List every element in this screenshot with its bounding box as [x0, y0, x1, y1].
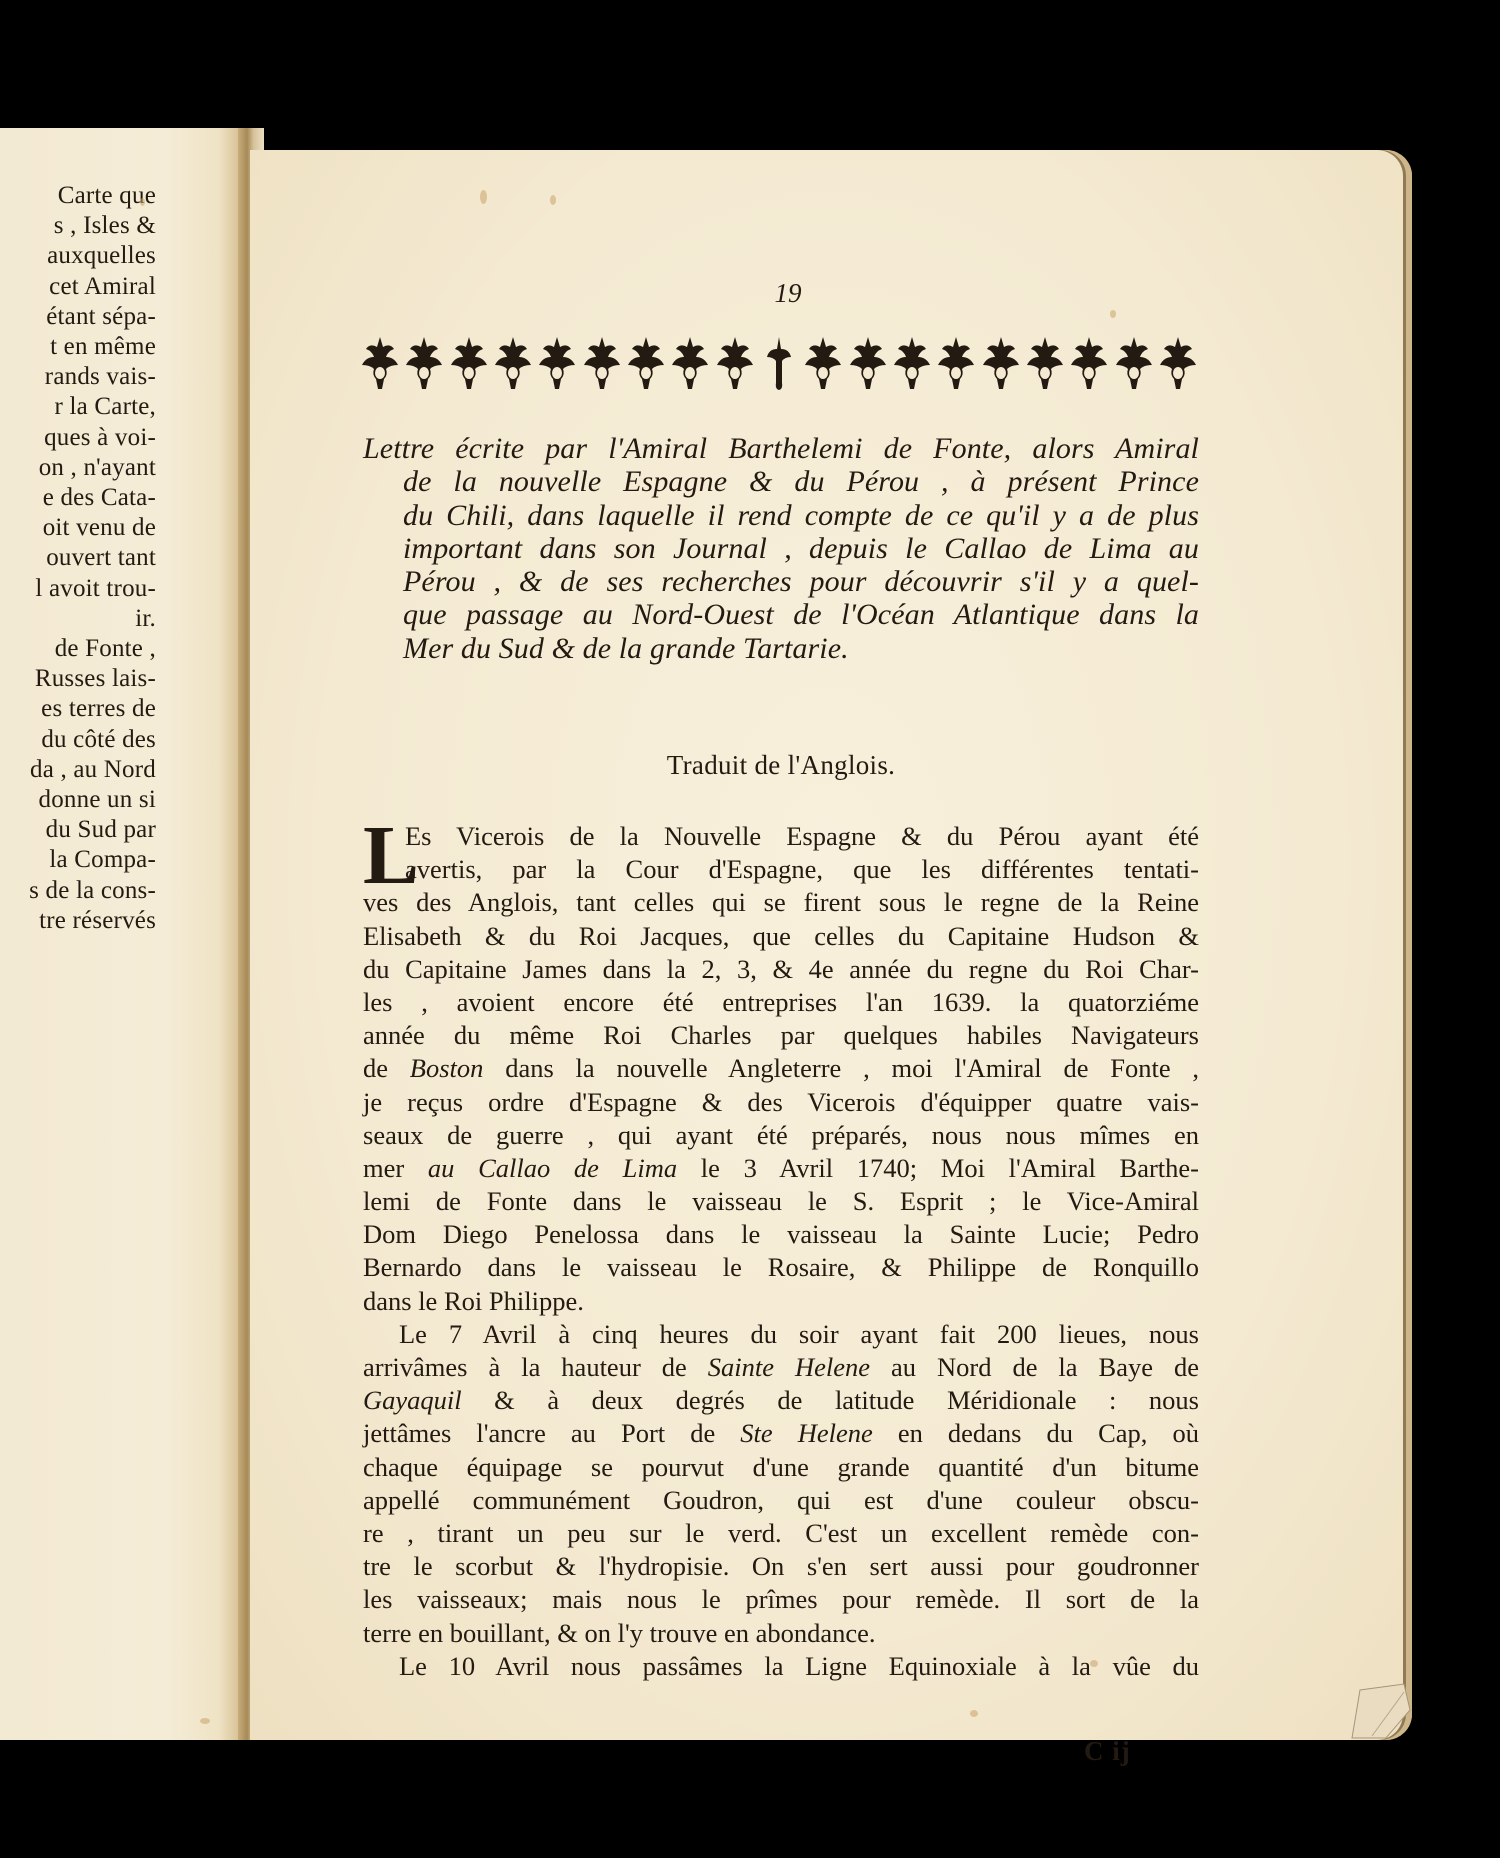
left-line: tre réservés — [39, 907, 156, 934]
body-line: avertis, par la Cour d'Espagne, que les … — [363, 853, 1199, 886]
body-line: appellé communément Goudron, qui est d'u… — [363, 1484, 1199, 1517]
fleuron-icon — [1069, 335, 1109, 396]
italic-place-name: Sainte Helene — [708, 1352, 870, 1382]
left-line: e des Cata- — [43, 484, 156, 511]
body-text-run: au Nord de la Baye de — [870, 1352, 1199, 1382]
foxing-spot — [1110, 310, 1116, 318]
fleuron-icon — [626, 335, 666, 396]
fleuron-icon — [1114, 335, 1154, 396]
left-line: s de la cons- — [29, 877, 156, 904]
letter-title: Lettre écrite par l'Amiral Barthelemi de… — [363, 432, 1199, 665]
body-line: les vaisseaux; mais nous le prîmes pour … — [363, 1583, 1199, 1616]
foxing-spot — [140, 198, 145, 206]
body-text-run: de — [363, 1053, 410, 1083]
center-fleuron-icon — [759, 335, 799, 396]
body-line: ves des Anglois, tant celles qui se fire… — [363, 886, 1199, 919]
title-line: important dans son Journal , depuis le C… — [363, 532, 1199, 565]
left-line: on , n'ayant — [39, 454, 156, 481]
fleuron-icon — [360, 335, 400, 396]
fleuron-icon — [1158, 335, 1198, 396]
body-line: chaque équipage se pourvut d'une grande … — [363, 1451, 1199, 1484]
body-line: terre en bouillant, & on l'y trouve en a… — [363, 1617, 1199, 1650]
left-line: r la Carte, — [55, 393, 156, 420]
fleuron-icon — [493, 335, 533, 396]
left-line: du Sud par — [46, 816, 156, 843]
body-line: Elisabeth & du Roi Jacques, que celles d… — [363, 920, 1199, 953]
title-line: que passage au Nord-Ouest de l'Océan Atl… — [363, 598, 1199, 631]
body-line: dans le Roi Philippe. — [363, 1285, 1199, 1318]
foxing-spot — [970, 1710, 978, 1717]
fleuron-icon — [715, 335, 755, 396]
fleuron-icon — [582, 335, 622, 396]
left-line: l avoit trou- — [35, 575, 156, 602]
body-line: lemi de Fonte dans le vaisseau le S. Esp… — [363, 1185, 1199, 1218]
fleuron-icon — [936, 335, 976, 396]
signature-mark: C ij — [1084, 1736, 1131, 1767]
title-line: Mer du Sud & de la grande Tartarie. — [363, 632, 1199, 665]
body-line: jettâmes l'ancre au Port de Ste Helene e… — [363, 1417, 1199, 1450]
body-text-run: & à deux degrés de latitude Méridionale … — [462, 1385, 1199, 1415]
body-line: Gayaquil & à deux degrés de latitude Mér… — [363, 1384, 1199, 1417]
left-page: Carte que s , Isles & auxquelles cet Ami… — [0, 128, 238, 1740]
body-line: les , avoient encore été entreprises l'a… — [363, 986, 1199, 1019]
left-page-text: Carte que s , Isles & auxquelles cet Ami… — [29, 181, 156, 936]
left-line: da , au Nord — [30, 756, 156, 783]
fleuron-icon — [848, 335, 888, 396]
page-number: 19 — [758, 278, 818, 309]
fleuron-icon — [670, 335, 710, 396]
foxing-spot — [200, 1718, 210, 1724]
letter-body: L Es Vicerois de la Nouvelle Espagne & d… — [363, 820, 1199, 1683]
left-line: t en même — [50, 333, 156, 360]
fleuron-icon — [981, 335, 1021, 396]
left-line: rands vais- — [45, 363, 156, 390]
drop-cap: L — [363, 826, 419, 886]
body-line: je reçus ordre d'Espagne & des Vicerois … — [363, 1086, 1199, 1119]
fleuron-icon — [803, 335, 843, 396]
body-line: Le 7 Avril à cinq heures du soir ayant f… — [363, 1318, 1199, 1351]
right-page: 19 Lettre écrite par l'Amiral Barthelemi… — [250, 150, 1412, 1740]
left-line: ir. — [135, 605, 156, 632]
folded-corner — [1342, 1670, 1412, 1740]
left-line: ques à voi- — [44, 424, 156, 451]
body-text-run: le 3 Avril 1740; Moi l'Amiral Barthe- — [677, 1153, 1199, 1183]
body-text-run: en dedans du Cap, où — [873, 1418, 1199, 1448]
body-text-run: mer — [363, 1153, 428, 1183]
body-text-run: dans la nouvelle Angleterre , moi l'Amir… — [483, 1053, 1199, 1083]
body-line: Bernardo dans le vaisseau le Rosaire, & … — [363, 1251, 1199, 1284]
italic-place-name: Gayaquil — [363, 1385, 462, 1415]
body-line: tre le scorbut & l'hydropisie. On s'en s… — [363, 1550, 1199, 1583]
italic-place-name: Boston — [410, 1053, 484, 1083]
left-line: oit venu de — [43, 514, 156, 541]
italic-place-name: au Callao de Lima — [428, 1153, 677, 1183]
left-line: du côté des — [41, 726, 156, 753]
left-line: donne un si — [39, 786, 156, 813]
left-line: de Fonte , — [55, 635, 156, 662]
body-line: Le 10 Avril nous passâmes la Ligne Equin… — [363, 1650, 1199, 1683]
body-line: année du même Roi Charles par quelques h… — [363, 1019, 1199, 1052]
left-line: étant sépa- — [46, 303, 156, 330]
body-line: du Capitaine James dans la 2, 3, & 4e an… — [363, 953, 1199, 986]
body-line: de Boston dans la nouvelle Angleterre , … — [363, 1052, 1199, 1085]
body-line: re , tirant un peu sur le verd. C'est un… — [363, 1517, 1199, 1550]
left-line: es terres de — [41, 695, 156, 722]
left-line: auxquelles — [47, 242, 156, 269]
left-line: ouvert tant — [46, 544, 156, 571]
fleuron-ornament-band — [360, 337, 1198, 393]
foxing-spot — [550, 195, 556, 205]
title-line: du Chili, dans laquelle il rend compte d… — [363, 499, 1199, 532]
foxing-spot — [480, 190, 487, 204]
left-line: la Compa- — [49, 846, 156, 873]
title-line: de la nouvelle Espagne & du Pérou , à pr… — [363, 465, 1199, 498]
left-line: Russes lais- — [35, 665, 156, 692]
body-line: Es Vicerois de la Nouvelle Espagne & du … — [363, 820, 1199, 853]
body-text-run: arrivâmes à la hauteur de — [363, 1352, 708, 1382]
body-line: Dom Diego Penelossa dans le vaisseau la … — [363, 1218, 1199, 1251]
body-line: arrivâmes à la hauteur de Sainte Helene … — [363, 1351, 1199, 1384]
left-line: s , Isles & — [54, 212, 156, 239]
title-line: Lettre écrite par l'Amiral Barthelemi de… — [363, 432, 1199, 465]
fleuron-icon — [449, 335, 489, 396]
italic-place-name: Ste Helene — [740, 1418, 872, 1448]
title-line: Pérou , & de ses recherches pour découvr… — [363, 565, 1199, 598]
body-line: mer au Callao de Lima le 3 Avril 1740; M… — [363, 1152, 1199, 1185]
left-line: cet Amiral — [49, 273, 156, 300]
fleuron-icon — [537, 335, 577, 396]
fleuron-icon — [404, 335, 444, 396]
body-line: seaux de guerre , qui ayant été préparés… — [363, 1119, 1199, 1152]
body-text-run: jettâmes l'ancre au Port de — [363, 1418, 740, 1448]
fleuron-icon — [1025, 335, 1065, 396]
translation-note: Traduit de l'Anglois. — [363, 750, 1199, 781]
fleuron-icon — [892, 335, 932, 396]
